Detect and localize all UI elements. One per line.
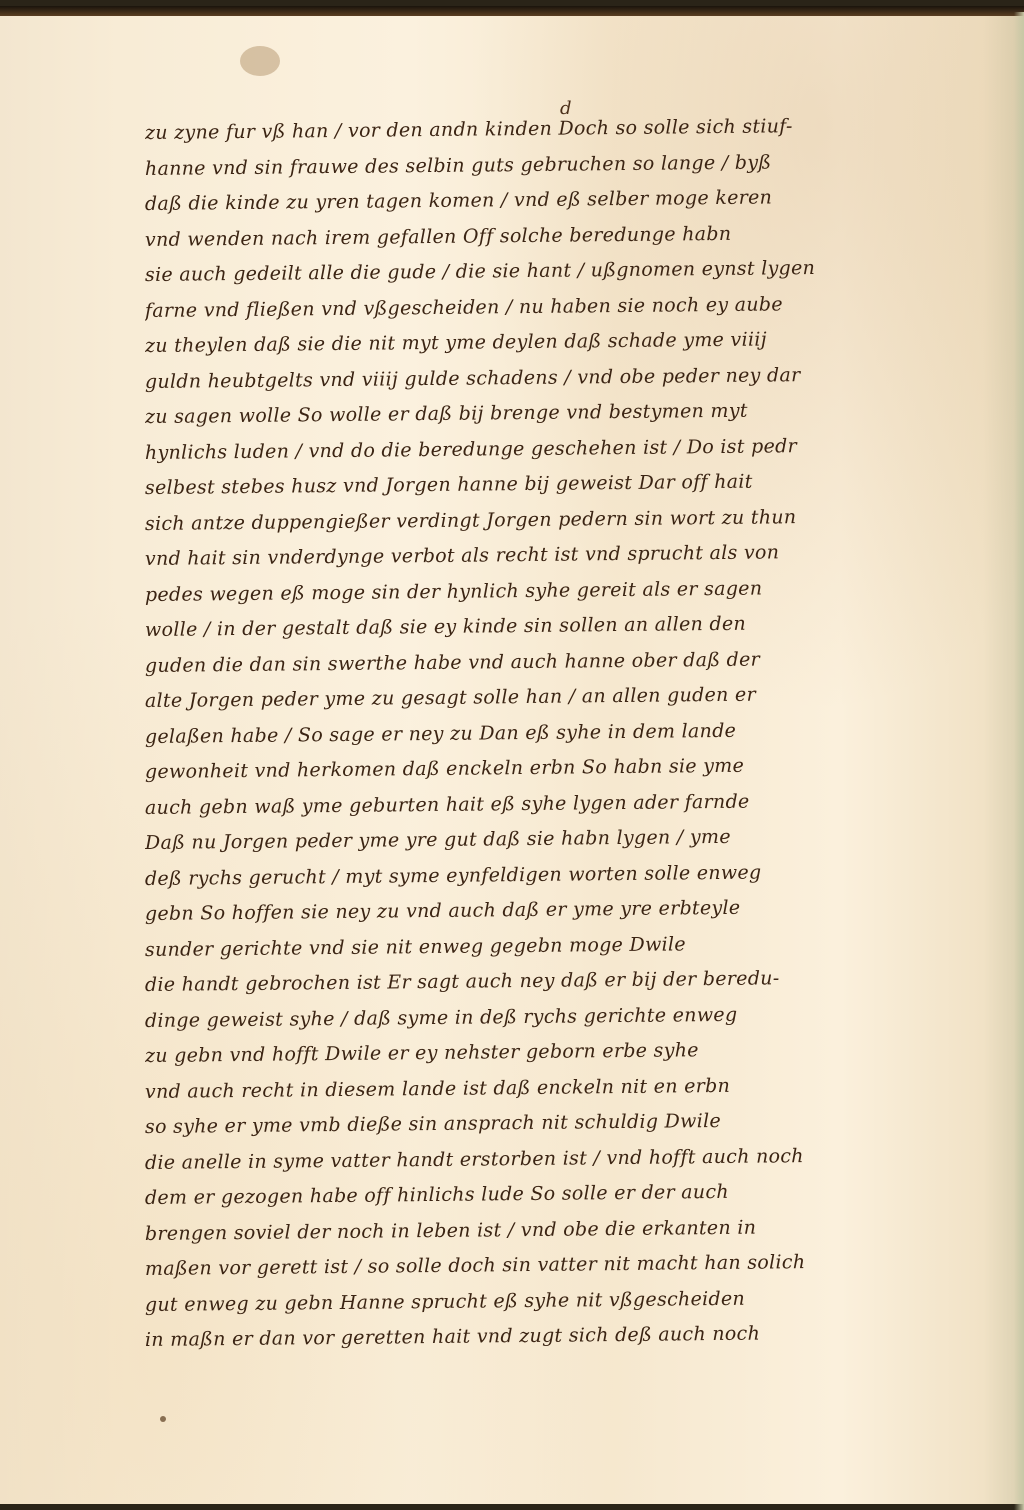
manuscript-page: d zu zyne fur vß han / vor den andn kind…: [0, 6, 1024, 1504]
page-top-edge: [0, 6, 1024, 16]
stain: [240, 46, 280, 76]
page-right-edge: [1014, 12, 1024, 1504]
manuscript-text: zu zyne fur vß han / vor den andn kinden…: [145, 116, 985, 1359]
stain: [160, 1416, 166, 1422]
manuscript-line: in maßn er dan vor geretten hait vnd zug…: [145, 1314, 985, 1358]
